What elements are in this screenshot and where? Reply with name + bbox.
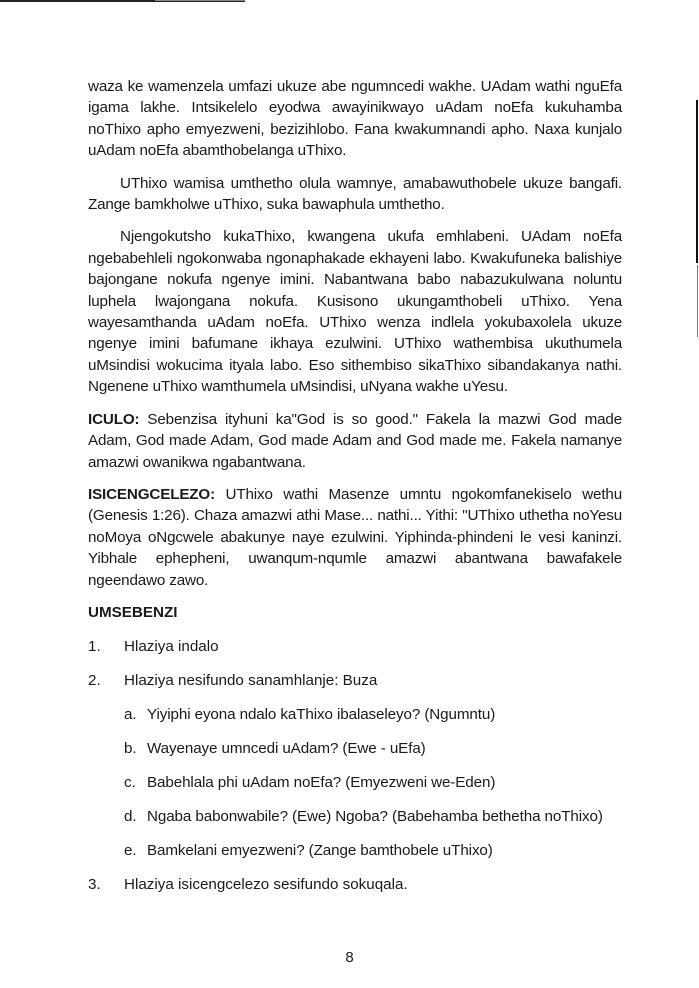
question-item: d. Ngaba babonwabile? (Ewe) Ngoba? (Babe… (124, 806, 622, 827)
list-item-text: Hlaziya indalo (124, 638, 219, 655)
iculo-text: Sebenzisa ityhuni ka"God is so good." Fa… (88, 411, 622, 471)
scan-edge-top-faint (155, 0, 245, 1)
isicengcelezo-label: ISICENGCELEZO: (88, 486, 215, 503)
question-text: Bamkelani emyezweni? (Zange bamthobele u… (147, 842, 493, 859)
scan-edge-right-faint (697, 265, 698, 337)
list-item-number: 2. (88, 670, 101, 691)
question-letter: b. (124, 738, 136, 759)
question-text: Babehlala phi uAdam noEfa? (Emyezweni we… (147, 774, 495, 791)
iculo-label: ICULO: (88, 411, 139, 428)
question-item: c. Babehlala phi uAdam noEfa? (Emyezweni… (124, 772, 622, 793)
umsebenzi-heading: UMSEBENZI (88, 602, 622, 623)
document-page: waza ke wamenzela umfazi ukuze abe ngumn… (88, 76, 622, 908)
list-item: 2. Hlaziya nesifundo sanamhlanje: Buza a… (88, 670, 622, 861)
question-text: Ngaba babonwabile? (Ewe) Ngoba? (Babeham… (147, 808, 603, 825)
list-item-number: 1. (88, 636, 101, 657)
paragraph-isicengcelezo: ISICENGCELEZO: UThixo wathi Masenze umnt… (88, 484, 622, 591)
question-text: Wayenaye umncedi uAdam? (Ewe - uEfa) (147, 740, 426, 757)
paragraph-iculo: ICULO: Sebenzisa ityhuni ka"God is so go… (88, 409, 622, 473)
question-text: Yiyiphi eyona ndalo kaThixo ibalaseleyo?… (147, 706, 495, 723)
question-letter: e. (124, 840, 136, 861)
question-letter: d. (124, 806, 136, 827)
list-item-text: Hlaziya isicengcelezo sesifundo sokuqala… (124, 876, 408, 893)
question-item: e. Bamkelani emyezweni? (Zange bamthobel… (124, 840, 622, 861)
list-item: 3. Hlaziya isicengcelezo sesifundo sokuq… (88, 874, 622, 895)
question-letter: c. (124, 772, 136, 793)
list-item: 1. Hlaziya indalo (88, 636, 622, 657)
paragraph-commandment: UThixo wamisa umthetho olula wamnye, ama… (88, 173, 622, 216)
page-number: 8 (0, 949, 699, 966)
question-item: a. Yiyiphi eyona ndalo kaThixo ibalasele… (124, 704, 622, 725)
paragraph-intro: waza ke wamenzela umfazi ukuze abe ngumn… (88, 76, 622, 162)
question-list: a. Yiyiphi eyona ndalo kaThixo ibalasele… (124, 704, 622, 861)
question-letter: a. (124, 704, 136, 725)
paragraph-death-and-saviour: Njengokutsho kukaThixo, kwangena ukufa e… (88, 226, 622, 397)
list-item-text: Hlaziya nesifundo sanamhlanje: Buza (124, 672, 377, 689)
list-item-number: 3. (88, 874, 101, 895)
umsebenzi-list: 1. Hlaziya indalo 2. Hlaziya nesifundo s… (88, 636, 622, 895)
question-item: b. Wayenaye umncedi uAdam? (Ewe - uEfa) (124, 738, 622, 759)
scan-edge-right (696, 100, 698, 263)
